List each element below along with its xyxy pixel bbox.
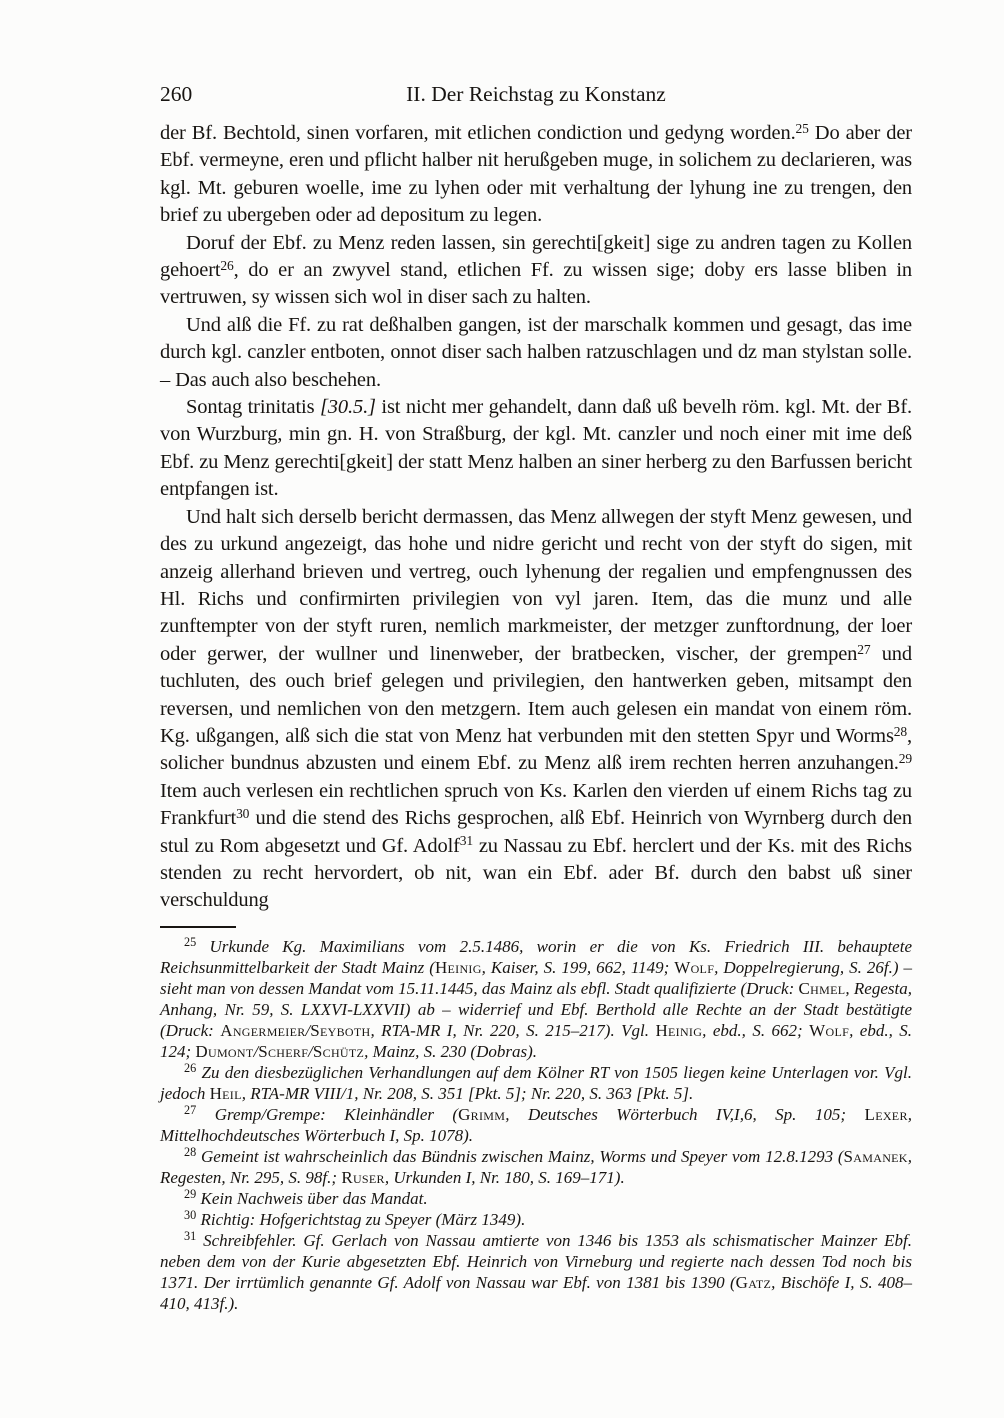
footnote-31: 31 Schreibfehler. Gf. Gerlach von Nassau… [160,1230,912,1314]
footnotes-block: 25 Urkunde Kg. Maximilians vom 2.5.1486,… [160,936,912,1314]
book-page: 260 II. Der Reichstag zu Konstanz der Bf… [0,0,1004,1418]
paragraph: Und alß die Ff. zu rat deßhalben gangen,… [160,312,912,394]
footnote-30: 30 Richtig: Hofgerichtstag zu Speyer (Mä… [160,1209,912,1230]
footnote-separator-rule [160,926,236,928]
main-text: der Bf. Bechtold, sinen vorfaren, mit et… [160,120,912,915]
paragraph: Doruf der Ebf. zu Menz reden lassen, sin… [160,230,912,312]
footnote-28: 28 Gemeint ist wahrscheinlich das Bündni… [160,1146,912,1188]
running-head: II. Der Reichstag zu Konstanz [160,82,912,107]
footnote-25: 25 Urkunde Kg. Maximilians vom 2.5.1486,… [160,936,912,1062]
paragraph: Sontag trinitatis [30.5.] ist nicht mer … [160,394,912,504]
paragraph: der Bf. Bechtold, sinen vorfaren, mit et… [160,120,912,230]
footnote-29: 29 Kein Nachweis über das Mandat. [160,1188,912,1209]
page-number: 260 [160,82,192,107]
page-header: 260 II. Der Reichstag zu Konstanz [160,82,912,107]
footnote-26: 26 Zu den diesbezüglichen Verhandlungen … [160,1062,912,1104]
paragraph: Und halt sich derselb bericht dermassen,… [160,504,912,915]
footnote-27: 27 Gremp/Grempe: Kleinhändler (Grimm, De… [160,1104,912,1146]
